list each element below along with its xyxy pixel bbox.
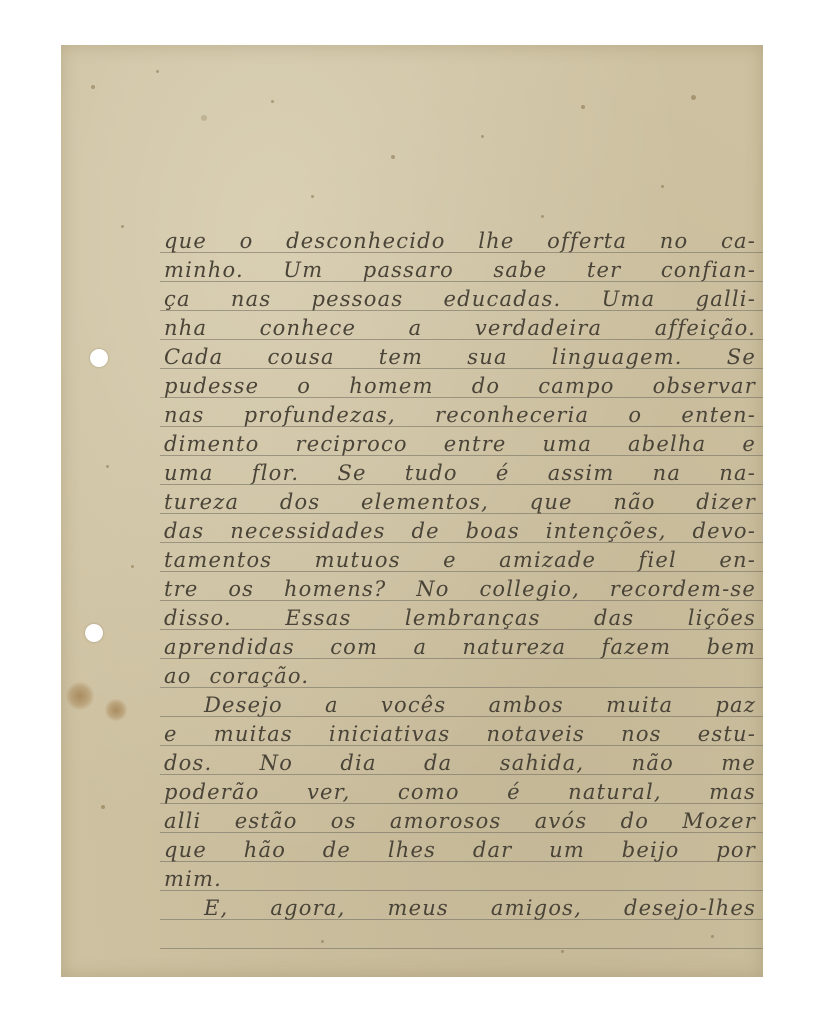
text-line-16: ao coração. [164, 663, 756, 689]
foxing-speck [481, 135, 484, 138]
text-line-4: nha conhece a verdadeira affeição. [164, 315, 756, 341]
foxing-speck [121, 225, 124, 228]
text-line-15: aprendidas com a natureza fazem bem [164, 634, 756, 660]
text-line-17: Desejo a vocês ambos muita paz [164, 692, 756, 718]
stain [105, 699, 127, 721]
text-line-23: mim. [164, 866, 756, 892]
text-line-20: poderão ver, como é natural, mas [164, 779, 756, 805]
foxing-speck [101, 805, 105, 809]
foxing-speck [156, 70, 159, 73]
foxing-speck [106, 465, 109, 468]
foxing-speck [201, 115, 207, 121]
foxing-speck [311, 195, 314, 198]
foxing-speck [91, 85, 95, 89]
text-line-5: Cada cousa tem sua linguagem. Se [164, 344, 756, 370]
foxing-speck [661, 185, 664, 188]
text-line-6: pudesse o homem do campo observar [164, 373, 756, 399]
punch-hole-top [90, 349, 108, 367]
text-line-22: que hão de lhes dar um beijo por [164, 837, 756, 863]
letter-page: que o desconhecido lhe offerta no ca- mi… [61, 45, 763, 977]
punch-hole-bottom [85, 624, 103, 642]
foxing-speck [561, 950, 564, 953]
text-line-2: minho. Um passaro sabe ter confian- [164, 257, 756, 283]
text-line-12: tamentos mutuos e amizade fiel en- [164, 547, 756, 573]
text-line-11: das necessidades de boas intenções, devo… [164, 518, 756, 544]
text-line-8: dimento reciproco entre uma abelha e [164, 431, 756, 457]
foxing-speck [391, 155, 395, 159]
foxing-speck [541, 215, 544, 218]
foxing-speck [131, 565, 134, 568]
foxing-speck [321, 940, 324, 943]
text-line-24: E, agora, meus amigos, desejo-lhes [164, 895, 756, 921]
text-line-9: uma flor. Se tudo é assim na na- [164, 460, 756, 486]
foxing-speck [271, 100, 274, 103]
foxing-speck [691, 95, 696, 100]
text-line-7: nas profundezas, reconheceria o enten- [164, 402, 756, 428]
stain [66, 682, 94, 710]
text-line-3: ça nas pessoas educadas. Uma galli- [164, 286, 756, 312]
text-line-14: disso. Essas lembranças das lições [164, 605, 756, 631]
text-line-10: tureza dos elementos, que não dizer [164, 489, 756, 515]
text-line-13: tre os homens? No collegio, recordem-se [164, 576, 756, 602]
text-line-19: dos. No dia da sahida, não me [164, 750, 756, 776]
text-line-18: e muitas iniciativas notaveis nos estu- [164, 721, 756, 747]
text-line-1: que o desconhecido lhe offerta no ca- [164, 228, 756, 254]
text-line-21: alli estão os amorosos avós do Mozer [164, 808, 756, 834]
ruled-line [160, 948, 763, 949]
foxing-speck [711, 935, 714, 938]
foxing-speck [581, 105, 585, 109]
